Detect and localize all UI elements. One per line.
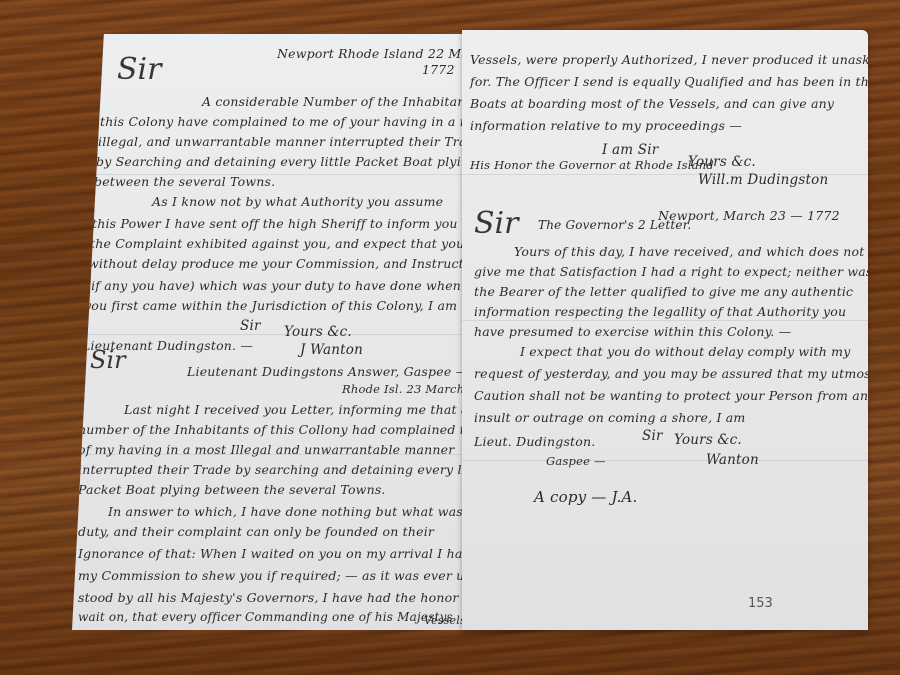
letter1-salutation: Sir <box>117 52 162 87</box>
letter1-line: illegal, and unwarrantable manner interr… <box>98 134 470 149</box>
letter2-line: of my having in a most Illegal and unwar… <box>78 442 454 457</box>
fold-line <box>462 460 868 461</box>
letter1-line: without delay produce me your Commission… <box>88 256 470 271</box>
right-leaf: Vessels, were properly Authorized, I nev… <box>462 30 868 630</box>
letter2-line: duty, and their complaint can only be fo… <box>78 524 434 539</box>
letter3-line: the Bearer of the letter qualified to gi… <box>474 284 853 299</box>
letter2-line: Packet Boat plying between the several T… <box>78 482 386 497</box>
letter2-line: number of the Inhabitants of this Collon… <box>78 422 470 437</box>
letter1-closing: Yours &c. <box>284 324 352 340</box>
letter2-catchword: Vessels <box>424 614 466 627</box>
letter1-line: (if any you have) which was your duty to… <box>86 278 461 293</box>
letter2-line: Ignorance of that: When I waited on you … <box>78 546 470 561</box>
letter1-line: the Complaint exhibited against you, and… <box>90 236 470 251</box>
letter3-line: Yours of this day, I have received, and … <box>514 244 864 259</box>
letter2-line: stood by all his Majesty's Governors, I … <box>78 590 470 605</box>
letter2-line: In answer to which, I have done nothing … <box>108 504 470 519</box>
copy-note: A copy — J.A. <box>534 488 637 506</box>
letter3-line: have presumed to exercise within this Co… <box>474 324 791 339</box>
letter3-addressee: Lieut. Dudingston. <box>474 434 595 449</box>
letter1-closing-sir: Sir <box>240 318 261 334</box>
letter1-line: you first came within the Jurisdiction o… <box>84 298 457 313</box>
letter1-line: this Power I have sent off the high Sher… <box>92 216 470 231</box>
letter2-line: Last night I received you Letter, inform… <box>124 402 469 417</box>
letter3-dateline: Newport, March 23 — 1772 <box>658 208 840 223</box>
letter3-salutation: Sir <box>474 206 519 241</box>
letter2-end-text: Vessels, were properly Authorized, I nev… <box>470 52 868 67</box>
letter3-closing: Yours &c. <box>674 432 742 448</box>
folio-number: 153 <box>748 596 773 611</box>
fold-line <box>462 320 868 321</box>
letter3-closing-sir: Sir <box>642 428 663 444</box>
letter2-end-signature: Will.m Dudingston <box>698 172 828 188</box>
letter3-line: give me that Satisfaction I had a right … <box>474 264 868 279</box>
letter3-line: Caution shall not be wanting to protect … <box>474 388 868 403</box>
fold-line <box>72 334 470 335</box>
letter1-line: A considerable Number of the Inhabitants… <box>202 94 470 109</box>
letter1-line: by Searching and detaining every little … <box>96 154 470 169</box>
letter1-line: this Colony have complained to me of you… <box>100 114 470 129</box>
letter1-line: between the several Towns. <box>94 174 275 189</box>
letter2-dateline: Rhode Isl. 23 March <box>342 382 464 396</box>
left-leaf: Newport Rhode Island 22 March 1772 Sir A… <box>72 34 470 630</box>
letter2-end-closing: I am Sir <box>602 142 658 158</box>
letter2-line: wait on, that every officer Commanding o… <box>78 610 453 624</box>
letter2-line: interrupted their Trade by searching and… <box>78 462 470 477</box>
letter2-salutation: Sir <box>90 346 126 374</box>
letter3-addressee-ship: Gaspee — <box>546 454 606 468</box>
letter2-heading: Lieutenant Dudingstons Answer, Gaspee — <box>187 364 468 379</box>
letter1-signature: J Wanton <box>300 342 363 358</box>
letter1-line: As I know not by what Authority you assu… <box>152 194 443 209</box>
letter2-end-line: Boats at boarding most of the Vessels, a… <box>470 96 834 111</box>
letter1-dateline: Newport Rhode Island 22 March <box>277 46 470 61</box>
letter3-line: I expect that you do without delay compl… <box>520 344 851 359</box>
letter3-line: insult or outrage on coming a shore, I a… <box>474 410 746 425</box>
letter3-signature: Wanton <box>706 452 759 468</box>
letter2-line: my Commission to shew you if required; —… <box>78 568 470 583</box>
letter2-end-line: Vessels, were properly Authorized, I nev… <box>470 52 868 67</box>
letter2-end-line: for. The Officer I send is equally Quali… <box>470 74 868 89</box>
letter3-line: information respecting the legallity of … <box>474 304 846 319</box>
letter2-end-addressee: His Honor the Governor at Rhode Island <box>470 158 714 172</box>
letter2-end-line: information relative to my proceedings — <box>470 118 742 133</box>
letter2-end-closing-2: Yours &c. <box>688 154 756 170</box>
letter3-line: request of yesterday, and you may be ass… <box>474 366 868 381</box>
letter1-year: 1772 <box>422 62 455 77</box>
